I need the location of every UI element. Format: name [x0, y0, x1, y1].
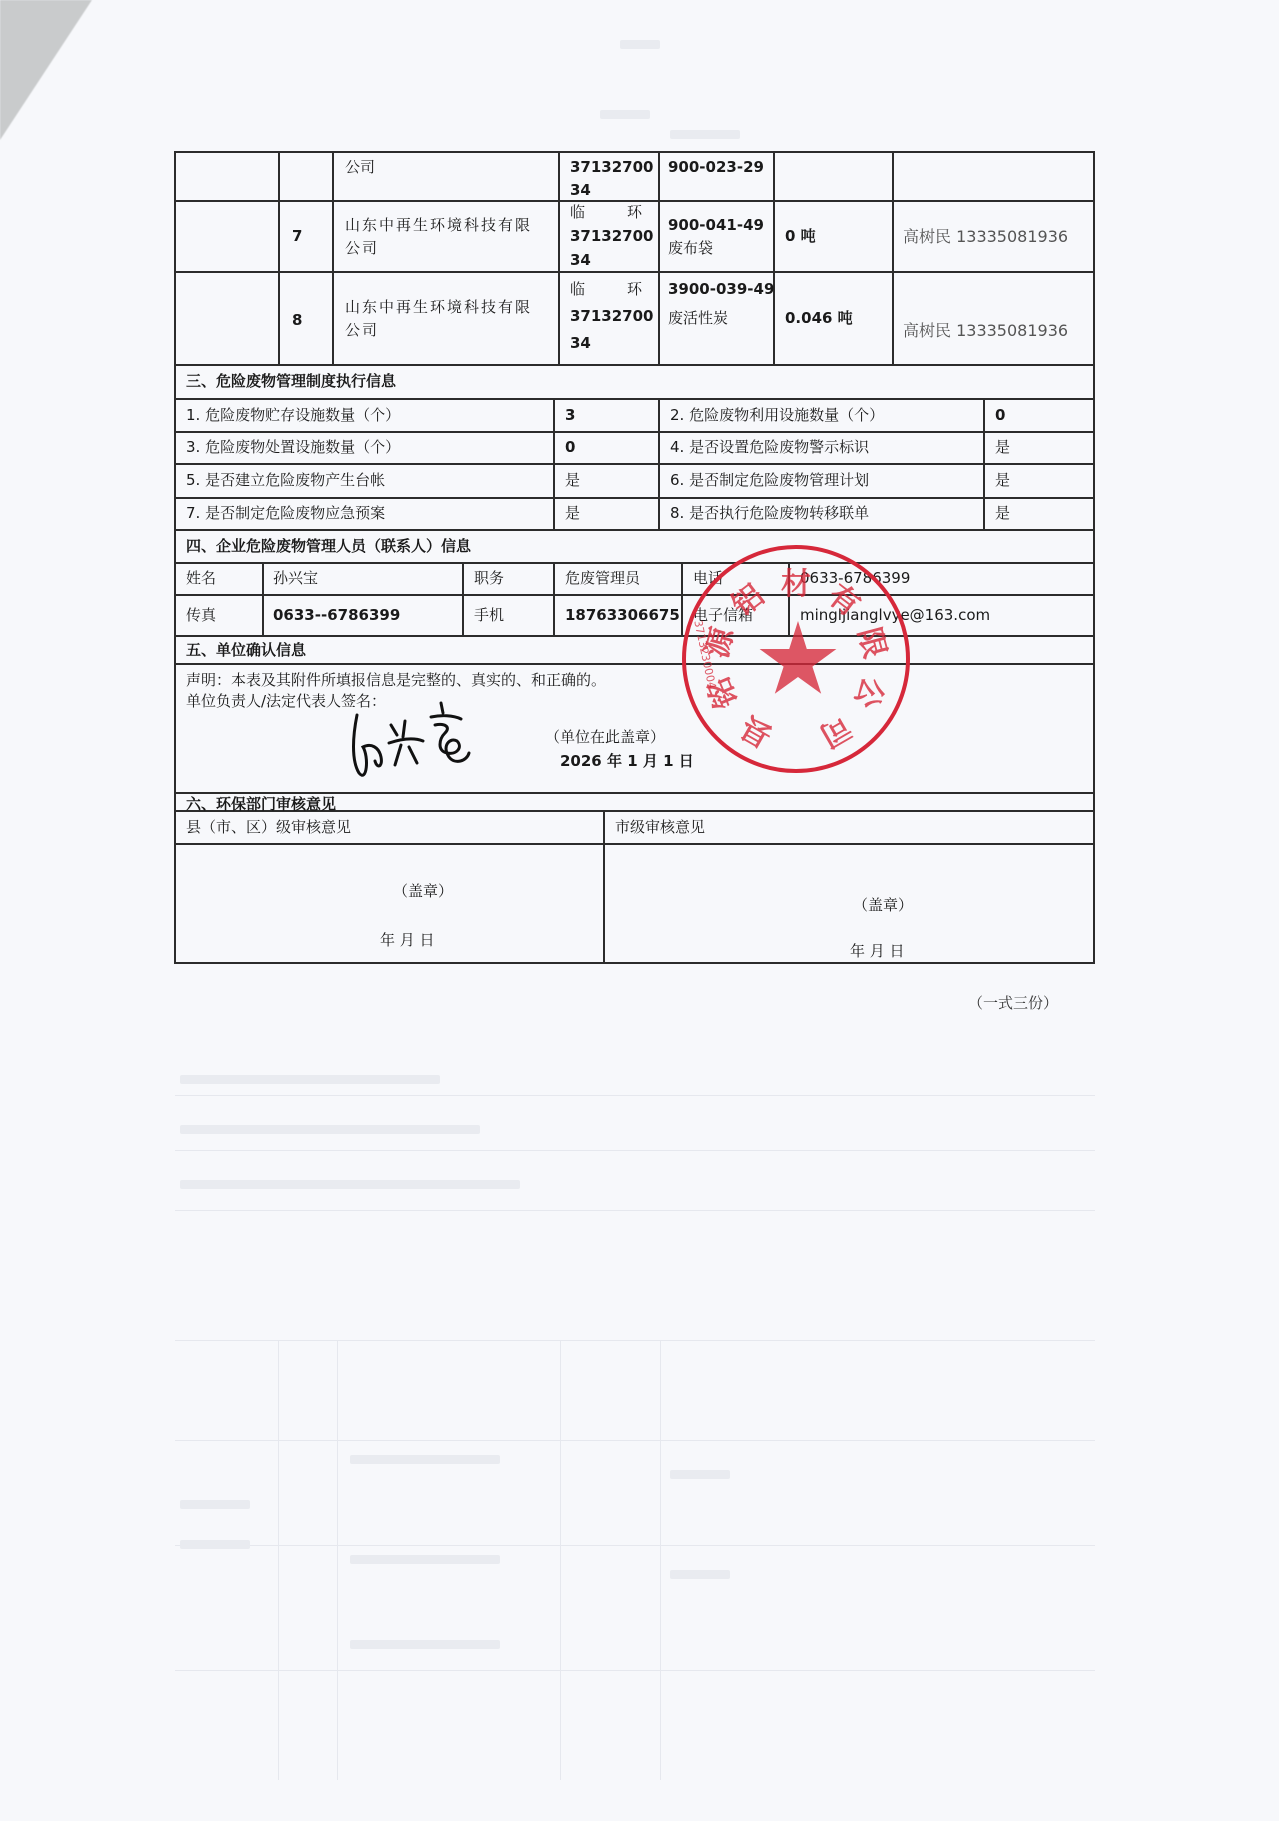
company-name-line1: 山东中再生环境科技有限: [345, 216, 532, 234]
quantity: 0.046 吨: [785, 309, 853, 327]
permit-number-line1: 37132700: [570, 307, 654, 325]
stamp-code: 3713230004: [691, 619, 718, 690]
mobile-label: 手机: [474, 606, 504, 624]
item-value: 是: [995, 504, 1010, 522]
section-title: 三、危险废物管理制度执行信息: [186, 372, 396, 390]
item-value: 0: [565, 438, 575, 456]
row-index: 7: [292, 227, 302, 245]
permit-number-line1: 37132700: [570, 158, 654, 176]
copies-note: （一式三份）: [968, 994, 1058, 1012]
contact: 高树民 13335081936: [903, 322, 1068, 340]
page-fold-shadow: [0, 0, 92, 140]
company-name-line2: 公司: [345, 239, 379, 257]
section-title: 五、单位确认信息: [186, 641, 306, 659]
stamp-character: 司: [813, 707, 861, 760]
phone-value: 0633-6786399: [800, 569, 910, 587]
item-value: 3: [565, 406, 575, 424]
declaration-text: 声明：本表及其附件所填报信息是完整的、真实的、和正确的。: [186, 671, 606, 689]
city-seal-placeholder: （盖章）: [853, 896, 913, 914]
item-label: 4. 是否设置危险废物警示标识: [670, 438, 869, 456]
permit-prefix: 临 环: [570, 203, 642, 221]
waste-name: 废活性炭: [668, 309, 728, 327]
permit-number-line2: 34: [570, 334, 591, 352]
county-seal-placeholder: （盖章）: [393, 882, 453, 900]
quantity: 0 吨: [785, 227, 816, 245]
email-value: mingljianglvye@163.com: [800, 606, 990, 624]
item-label: 7. 是否制定危险废物应急预案: [186, 504, 385, 522]
email-label: 电子信箱: [693, 606, 753, 624]
star-icon: [758, 621, 838, 701]
item-label: 3. 危险废物处置设施数量（个）: [186, 438, 400, 456]
row-index: 8: [292, 311, 302, 329]
county-review-label: 县（市、区）级审核意见: [186, 818, 351, 836]
city-review-label: 市级审核意见: [615, 818, 705, 836]
fax-label: 传真: [186, 606, 216, 624]
signature-label: 单位负责人/法定代表人签名：: [186, 692, 386, 710]
phone-label: 电话: [693, 569, 723, 587]
stamp-character: 公: [846, 672, 898, 717]
stamp-character: 限: [850, 622, 900, 662]
name-value: 孙兴宝: [273, 569, 318, 587]
item-label: 2. 危险废物利用设施数量（个）: [670, 406, 884, 424]
name-label: 姓名: [186, 569, 216, 587]
fax-value: 0633--6786399: [273, 606, 400, 624]
position-label: 职务: [474, 569, 504, 587]
permit-number-line1: 37132700: [570, 227, 654, 245]
stamp-character: 县: [731, 707, 779, 760]
stamp-character: 铭: [694, 672, 746, 717]
confirmation-date: 2026 年 1 月 1 日: [560, 752, 694, 770]
mobile-value: 18763306675: [565, 606, 680, 624]
item-value: 0: [995, 406, 1005, 424]
permit-number-line2: 34: [570, 181, 591, 199]
item-value: 是: [995, 438, 1010, 456]
stamp-character: 源: [692, 622, 742, 662]
permit-number-line2: 34: [570, 251, 591, 269]
item-label: 6. 是否制定危险废物管理计划: [670, 471, 869, 489]
section-title: 六、环保部门审核意见: [186, 795, 336, 813]
county-date-placeholder: 年 月 日: [380, 931, 435, 949]
contact: 高树民 13335081936: [903, 228, 1068, 246]
city-date-placeholder: 年 月 日: [850, 942, 905, 960]
item-value: 是: [995, 471, 1010, 489]
section-title: 四、企业危险废物管理人员（联系人）信息: [186, 537, 471, 555]
item-value: 是: [565, 471, 580, 489]
item-label: 5. 是否建立危险废物产生台帐: [186, 471, 385, 489]
waste-code: 900-041-49: [668, 216, 764, 234]
permit-prefix: 临 环: [570, 280, 642, 298]
waste-code: 3900-039-49: [668, 280, 774, 298]
company-name-line1: 山东中再生环境科技有限: [345, 298, 532, 316]
company-name-line2: 公司: [345, 321, 379, 339]
item-label: 1. 危险废物贮存设施数量（个）: [186, 406, 400, 424]
company-name: 公司: [345, 158, 375, 176]
waste-name: 废布袋: [668, 239, 713, 257]
seal-note: （单位在此盖章）: [545, 728, 665, 746]
item-value: 是: [565, 504, 580, 522]
waste-code: 900-023-29: [668, 158, 764, 176]
position-value: 危废管理员: [565, 569, 640, 587]
item-label: 8. 是否执行危险废物转移联单: [670, 504, 869, 522]
